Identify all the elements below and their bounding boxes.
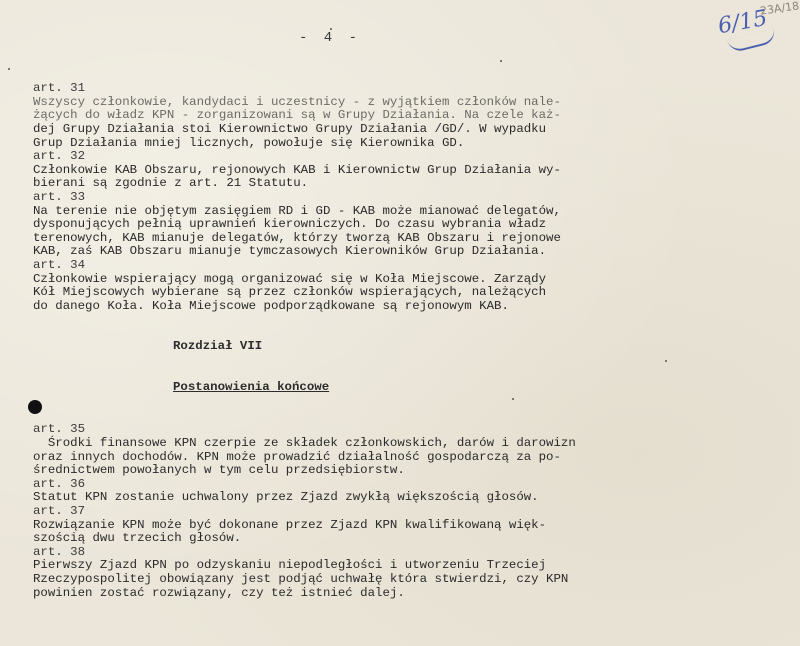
document-body: art. 31Wszyscy członkowie, kandydaci i u…	[33, 55, 773, 627]
chapter-title: Rozdział VII	[33, 340, 773, 354]
document-line: Wszyscy członkowie, kandydaci i uczestni…	[33, 96, 773, 110]
document-line: dysponujących pełnią uprawnień kierownic…	[33, 218, 773, 232]
document-line: Członkowie wspierający mogą organizować …	[33, 273, 773, 287]
paper-speck	[330, 28, 332, 30]
document-line: Rzeczypospolitej obowiązany jest podjąć …	[33, 573, 773, 587]
document-line: Na terenie nie objętym zasięgiem RD i GD…	[33, 205, 773, 219]
article-heading: art. 33	[33, 191, 773, 205]
article-heading: art. 36	[33, 478, 773, 492]
document-line: Pierwszy Zjazd KPN po odzyskaniu niepodl…	[33, 559, 773, 573]
paper-speck	[500, 60, 502, 62]
article-heading: art. 37	[33, 505, 773, 519]
article-heading: art. 35	[33, 423, 773, 437]
paper-speck	[665, 360, 667, 362]
document-line: do danego Koła. Koła Miejscowe podporząd…	[33, 300, 773, 314]
paper-speck	[8, 68, 10, 70]
document-line: bierani są zgodnie z art. 21 Statutu.	[33, 177, 773, 191]
document-line: szością dwu trzecich głosów.	[33, 532, 773, 546]
chapter-subtitle: Postanowienia końcowe	[33, 381, 773, 396]
document-line: Statut KPN zostanie uchwalony przez Zjaz…	[33, 491, 773, 505]
document-line: Członkowie KAB Obszaru, rejonowych KAB i…	[33, 164, 773, 178]
article-heading: art. 34	[33, 259, 773, 273]
articles-chapter-6: art. 31Wszyscy członkowie, kandydaci i u…	[33, 82, 773, 313]
document-line: terenowych, KAB mianuje delegatów, którz…	[33, 232, 773, 246]
document-line: żących do władz KPN - zorganizowani są w…	[33, 109, 773, 123]
document-line: dej Grupy Działania stoi Kierownictwo Gr…	[33, 123, 773, 137]
page-number: - 4 -	[0, 30, 660, 46]
article-heading: art. 38	[33, 546, 773, 560]
articles-chapter-7: art. 35 Środki finansowe KPN czerpie ze …	[33, 423, 773, 600]
document-line: KAB, zaś KAB Obszaru mianuje tymczasowyc…	[33, 245, 773, 259]
paper-speck	[512, 398, 514, 400]
document-line: oraz innych dochodów. KPN może prowadzić…	[33, 451, 773, 465]
document-line: średnictwem powołanych w tym celu przeds…	[33, 464, 773, 478]
document-line: Środki finansowe KPN czerpie ze składek …	[33, 437, 773, 451]
document-line: Grup Działania mniej licznych, powołuje …	[33, 137, 773, 151]
document-line: Kół Miejscowych wybierane są przez człon…	[33, 286, 773, 300]
document-line: powinien zostać rozwiązany, czy też istn…	[33, 587, 773, 601]
document-line: Rozwiązanie KPN może być dokonane przez …	[33, 519, 773, 533]
scanned-document-page: 23A/18 6/15 - 4 - art. 31Wszyscy członko…	[0, 0, 800, 646]
article-heading: art. 32	[33, 150, 773, 164]
article-heading: art. 31	[33, 82, 773, 96]
